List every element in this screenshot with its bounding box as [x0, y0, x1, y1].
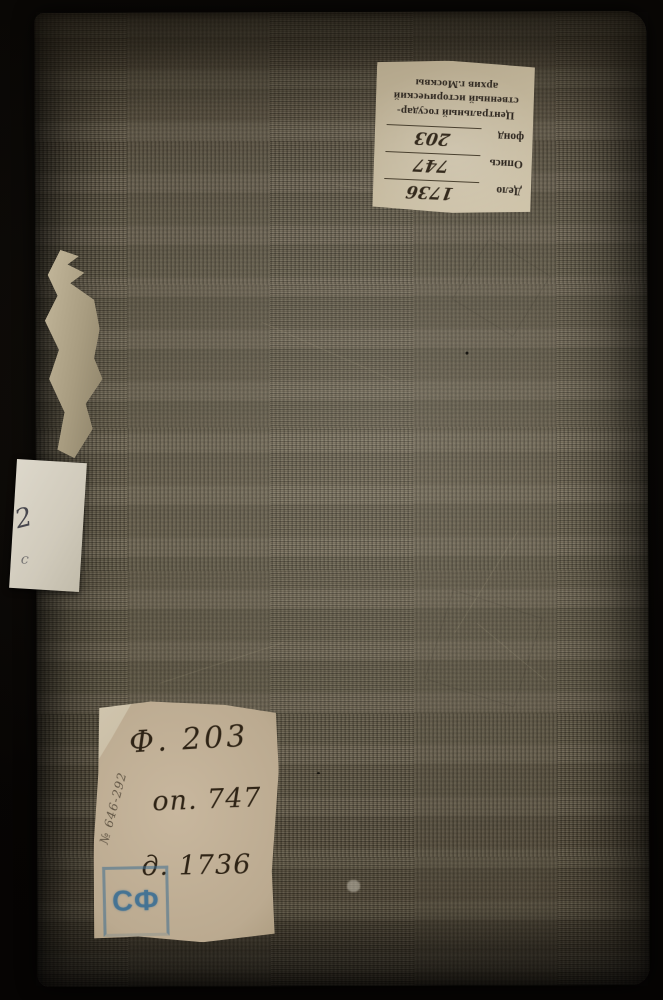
archive-form-label: Дело 1736 Опись 747 фонд 203 Центральный… [371, 58, 538, 217]
opis-value: 747 [382, 151, 480, 175]
scratch-mark [160, 642, 284, 684]
delo-row: Дело 1736 [382, 178, 522, 204]
fond-handwritten: Ф. 203 [128, 719, 249, 761]
opis-label: Опись [479, 155, 524, 170]
opis-row: Опись 747 [383, 151, 523, 177]
speck [465, 352, 468, 355]
fond-value: 203 [383, 124, 481, 148]
delo-label: Дело [477, 182, 522, 197]
paint-fleck [347, 880, 360, 892]
sf-stamp: СФ [102, 866, 169, 937]
fond-row: фонд 203 [385, 124, 525, 150]
spine-label: 2 c [9, 459, 87, 592]
archive-name: Центральный государ- ственный историческ… [384, 73, 529, 123]
spine-label-mark: c [20, 551, 29, 567]
fond-label: фонд [480, 128, 525, 143]
handwritten-label: Ф. 203 оп. 747 д. 1736 № 646-292 СФ [92, 701, 279, 944]
speck [317, 772, 320, 774]
archive-cover-photo: 2 c Дело 1736 Опись 747 фонд 203 Централ… [0, 0, 663, 1000]
spine-label-mark: 2 [12, 502, 36, 535]
opis-handwritten: оп. 747 [152, 782, 262, 817]
square-impression [424, 589, 542, 707]
delo-value: 1736 [381, 178, 479, 202]
scratch-mark [262, 322, 400, 383]
square-impression [452, 238, 551, 337]
